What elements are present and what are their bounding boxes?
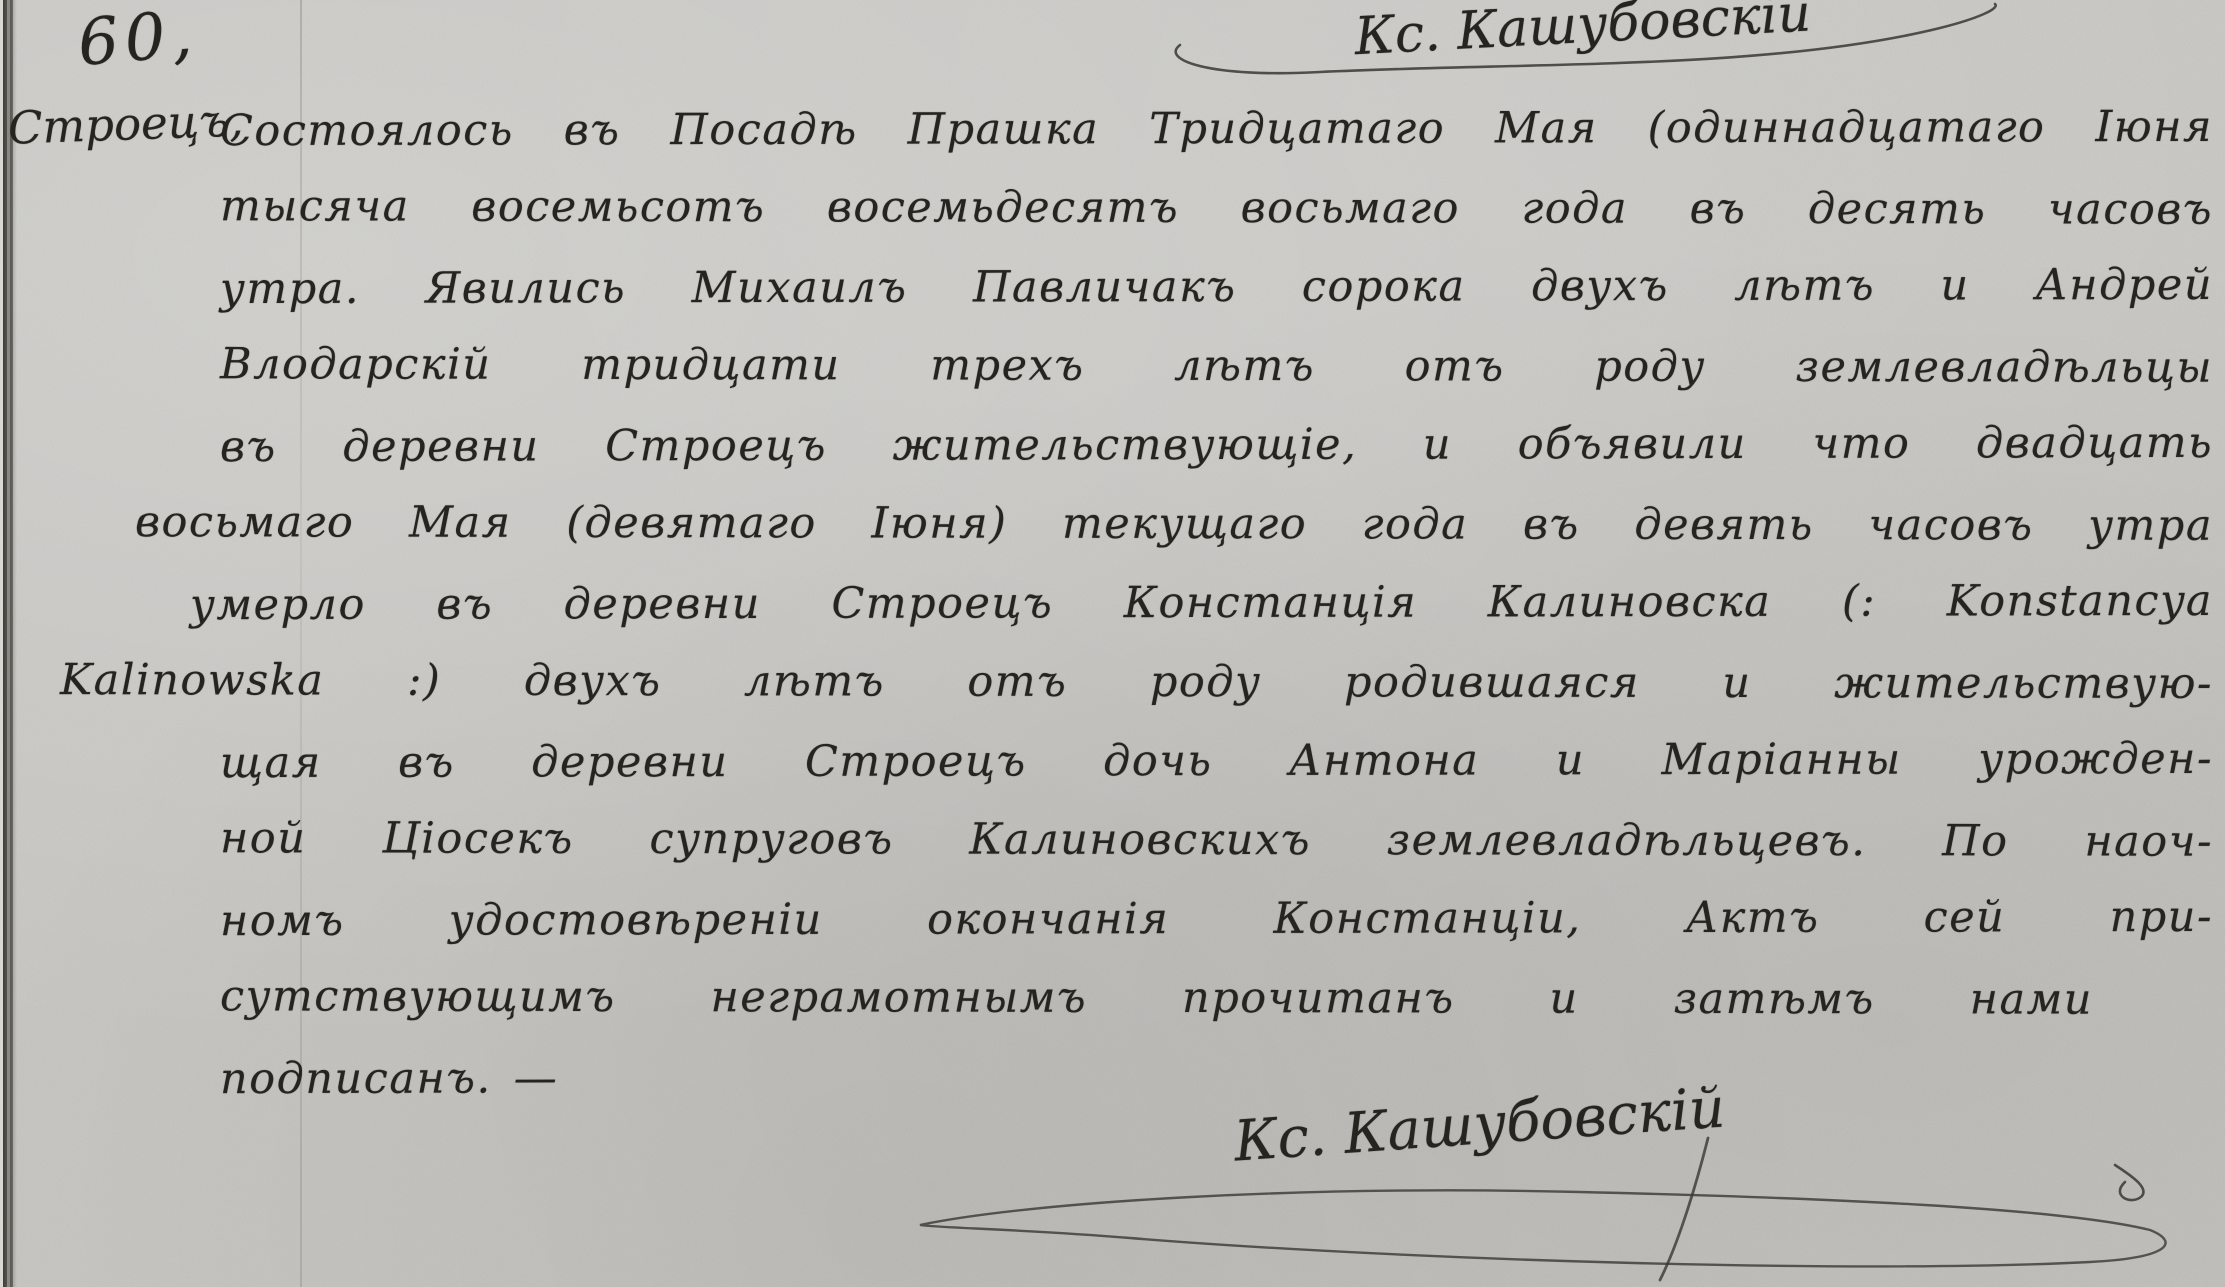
body-line: номъ удостовѣреніи окончанія Констанціи,…: [220, 878, 2213, 961]
body-line: Kalinowska :) двухъ лѣтъ отъ роду родивш…: [60, 641, 2213, 724]
body-line: подписанъ. —: [220, 1036, 2213, 1119]
margin-place-name: Строецъ,: [7, 94, 221, 154]
body-line: восьмаго Мая (девятаго Іюня) текущаго го…: [135, 483, 2213, 566]
body-line: утра. Явились Михаилъ Павличакъ сорока д…: [220, 246, 2213, 329]
book-binding-edge: [0, 0, 18, 1287]
body-line: сутствующимъ неграмотнымъ прочитанъ и за…: [220, 957, 2093, 1039]
record-number: 60,: [75, 0, 201, 81]
body-line: Влодарскій тридцати трехъ лѣтъ отъ роду …: [220, 325, 2213, 407]
registrar-signature-top: Кс. Кашубовскій: [1353, 0, 2017, 97]
record-body-text: Состоялось въ Посадѣ Прашка Тридцатаго М…: [220, 90, 2213, 1117]
body-line: ной Ціосекъ супруговъ Калиновскихъ земле…: [220, 799, 2213, 881]
body-line: Состоялось въ Посадѣ Прашка Тридцатаго М…: [220, 88, 2213, 171]
body-line: тысяча восемьсотъ восемьдесятъ восьмаго …: [220, 167, 2213, 249]
body-line: въ деревни Строецъ жительствующіе, и объ…: [220, 404, 2213, 487]
body-line: щая въ деревни Строецъ дочь Антона и Мар…: [220, 720, 2213, 803]
body-line: умерло въ деревни Строецъ Констанція Кал…: [190, 562, 2213, 645]
death-record-page: 60, Кс. Кашубовскій Строецъ, Состоялось …: [0, 0, 2225, 1287]
